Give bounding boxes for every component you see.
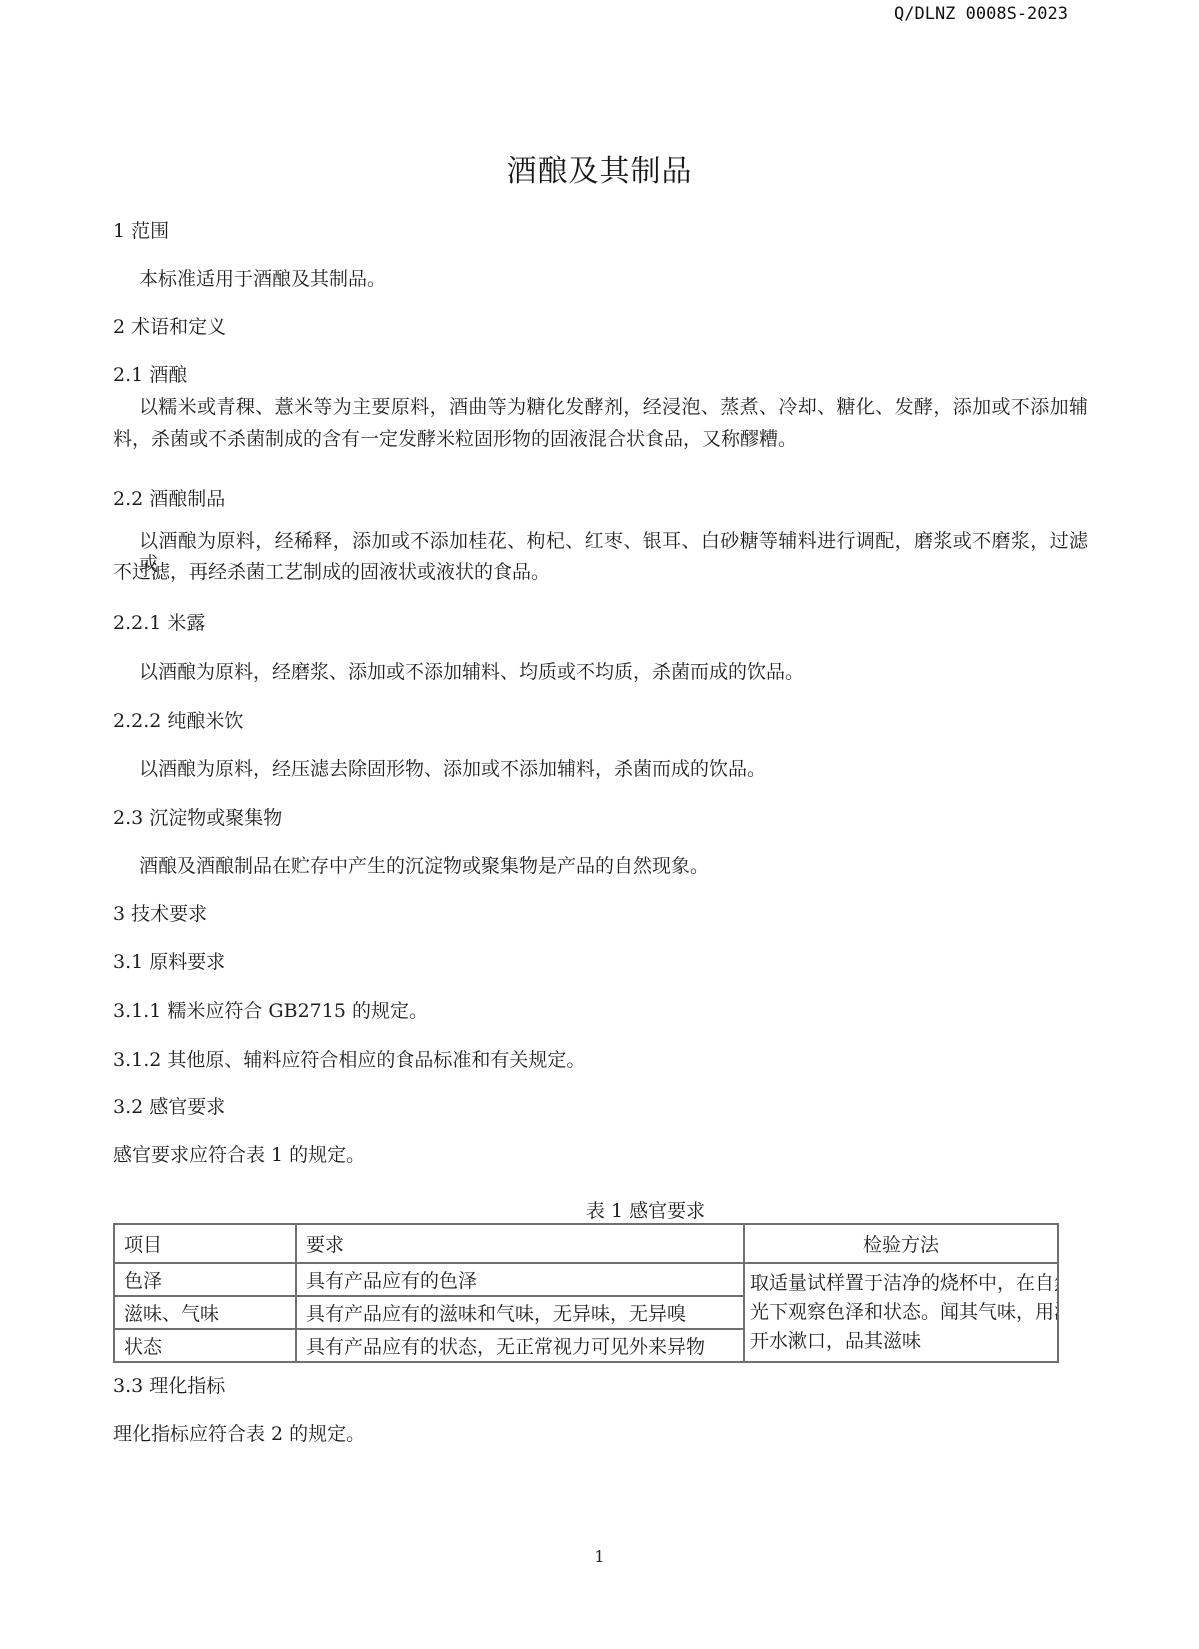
heading-3-3: 3.3 理化指标 [113,1375,225,1398]
para-2-1-line2: 料，杀菌或不杀菌制成的含有一定发酵米粒固形物的固液混合状食品，又称醪糟。 [113,428,797,451]
cell-item-taste: 滋味、气味 [114,1296,296,1329]
heading-3-1: 3.1 原料要求 [113,951,225,974]
method-line-2: 光下观察色泽和状态。闻其气味，用温 [750,1298,1053,1327]
heading-2-3: 2.3 沉淀物或聚集物 [113,807,282,830]
method-line-3: 开水漱口，品其滋味 [750,1327,1053,1356]
cell-req-state: 具有产品应有的状态，无正常视力可见外来异物 [296,1329,744,1362]
heading-3: 3 技术要求 [113,903,207,926]
heading-2-2: 2.2 酒酿制品 [113,488,225,511]
cell-req-color: 具有产品应有的色泽 [296,1263,744,1296]
para-3-3: 理化指标应符合表 2 的规定。 [113,1423,365,1446]
standard-number: Q/DLNZ 0008S-2023 [894,4,1068,24]
heading-2-2-1: 2.2.1 米露 [113,612,205,635]
para-3-1-2: 3.1.2 其他原、辅料应符合相应的食品标准和有关规定。 [113,1049,585,1072]
para-2-2-line2: 不过滤，再经杀菌工艺制成的固液状或液状的食品。 [113,561,550,584]
heading-1-scope: 1 范围 [113,220,169,243]
col-header-requirement: 要求 [296,1224,744,1263]
para-scope: 本标准适用于酒酿及其制品。 [139,268,386,291]
table-row: 色泽 具有产品应有的色泽 取适量试样置于洁净的烧杯中，在自然 光下观察色泽和状态… [114,1263,1058,1296]
heading-3-2: 3.2 感官要求 [113,1096,225,1119]
col-header-method: 检验方法 [744,1224,1058,1263]
heading-2-terms: 2 术语和定义 [113,316,226,339]
cell-item-state: 状态 [114,1329,296,1362]
heading-2-2-2: 2.2.2 纯酿米饮 [113,710,243,733]
cell-method: 取适量试样置于洁净的烧杯中，在自然 光下观察色泽和状态。闻其气味，用温 开水漱口… [744,1263,1058,1362]
para-2-3: 酒酿及酒酿制品在贮存中产生的沉淀物或聚集物是产品的自然现象。 [139,855,709,878]
col-header-item: 项目 [114,1224,296,1263]
page-number: 1 [0,1547,1199,1566]
method-line-1: 取适量试样置于洁净的烧杯中，在自然 [750,1269,1053,1298]
para-3-2: 感官要求应符合表 1 的规定。 [113,1144,365,1167]
document-title: 酒酿及其制品 [0,146,1199,190]
para-2-2-1: 以酒酿为原料，经磨浆、添加或不添加辅料、均质或不均质，杀菌而成的饮品。 [139,661,804,684]
cell-req-taste: 具有产品应有的滋味和气味，无异味，无异嗅 [296,1296,744,1329]
document-page: Q/DLNZ 0008S-2023 酒酿及其制品 1 范围 本标准适用于酒酿及其… [0,0,1199,1649]
table-1-caption: 表 1 感官要求 [158,1196,1133,1223]
sensory-requirements-table: 项目 要求 检验方法 色泽 具有产品应有的色泽 取适量试样置于洁净的烧杯中，在自… [113,1223,1059,1363]
table-header-row: 项目 要求 检验方法 [114,1224,1058,1263]
cell-item-color: 色泽 [114,1263,296,1296]
para-3-1-1: 3.1.1 糯米应符合 GB2715 的规定。 [113,1000,428,1023]
heading-2-1: 2.1 酒酿 [113,364,187,387]
para-2-2-2: 以酒酿为原料，经压滤去除固形物、添加或不添加辅料，杀菌而成的饮品。 [139,758,766,781]
para-2-1-line1: 以糯米或青稞、薏米等为主要原料，酒曲等为糖化发酵剂，经浸泡、蒸煮、冷却、糖化、发… [139,396,1088,419]
